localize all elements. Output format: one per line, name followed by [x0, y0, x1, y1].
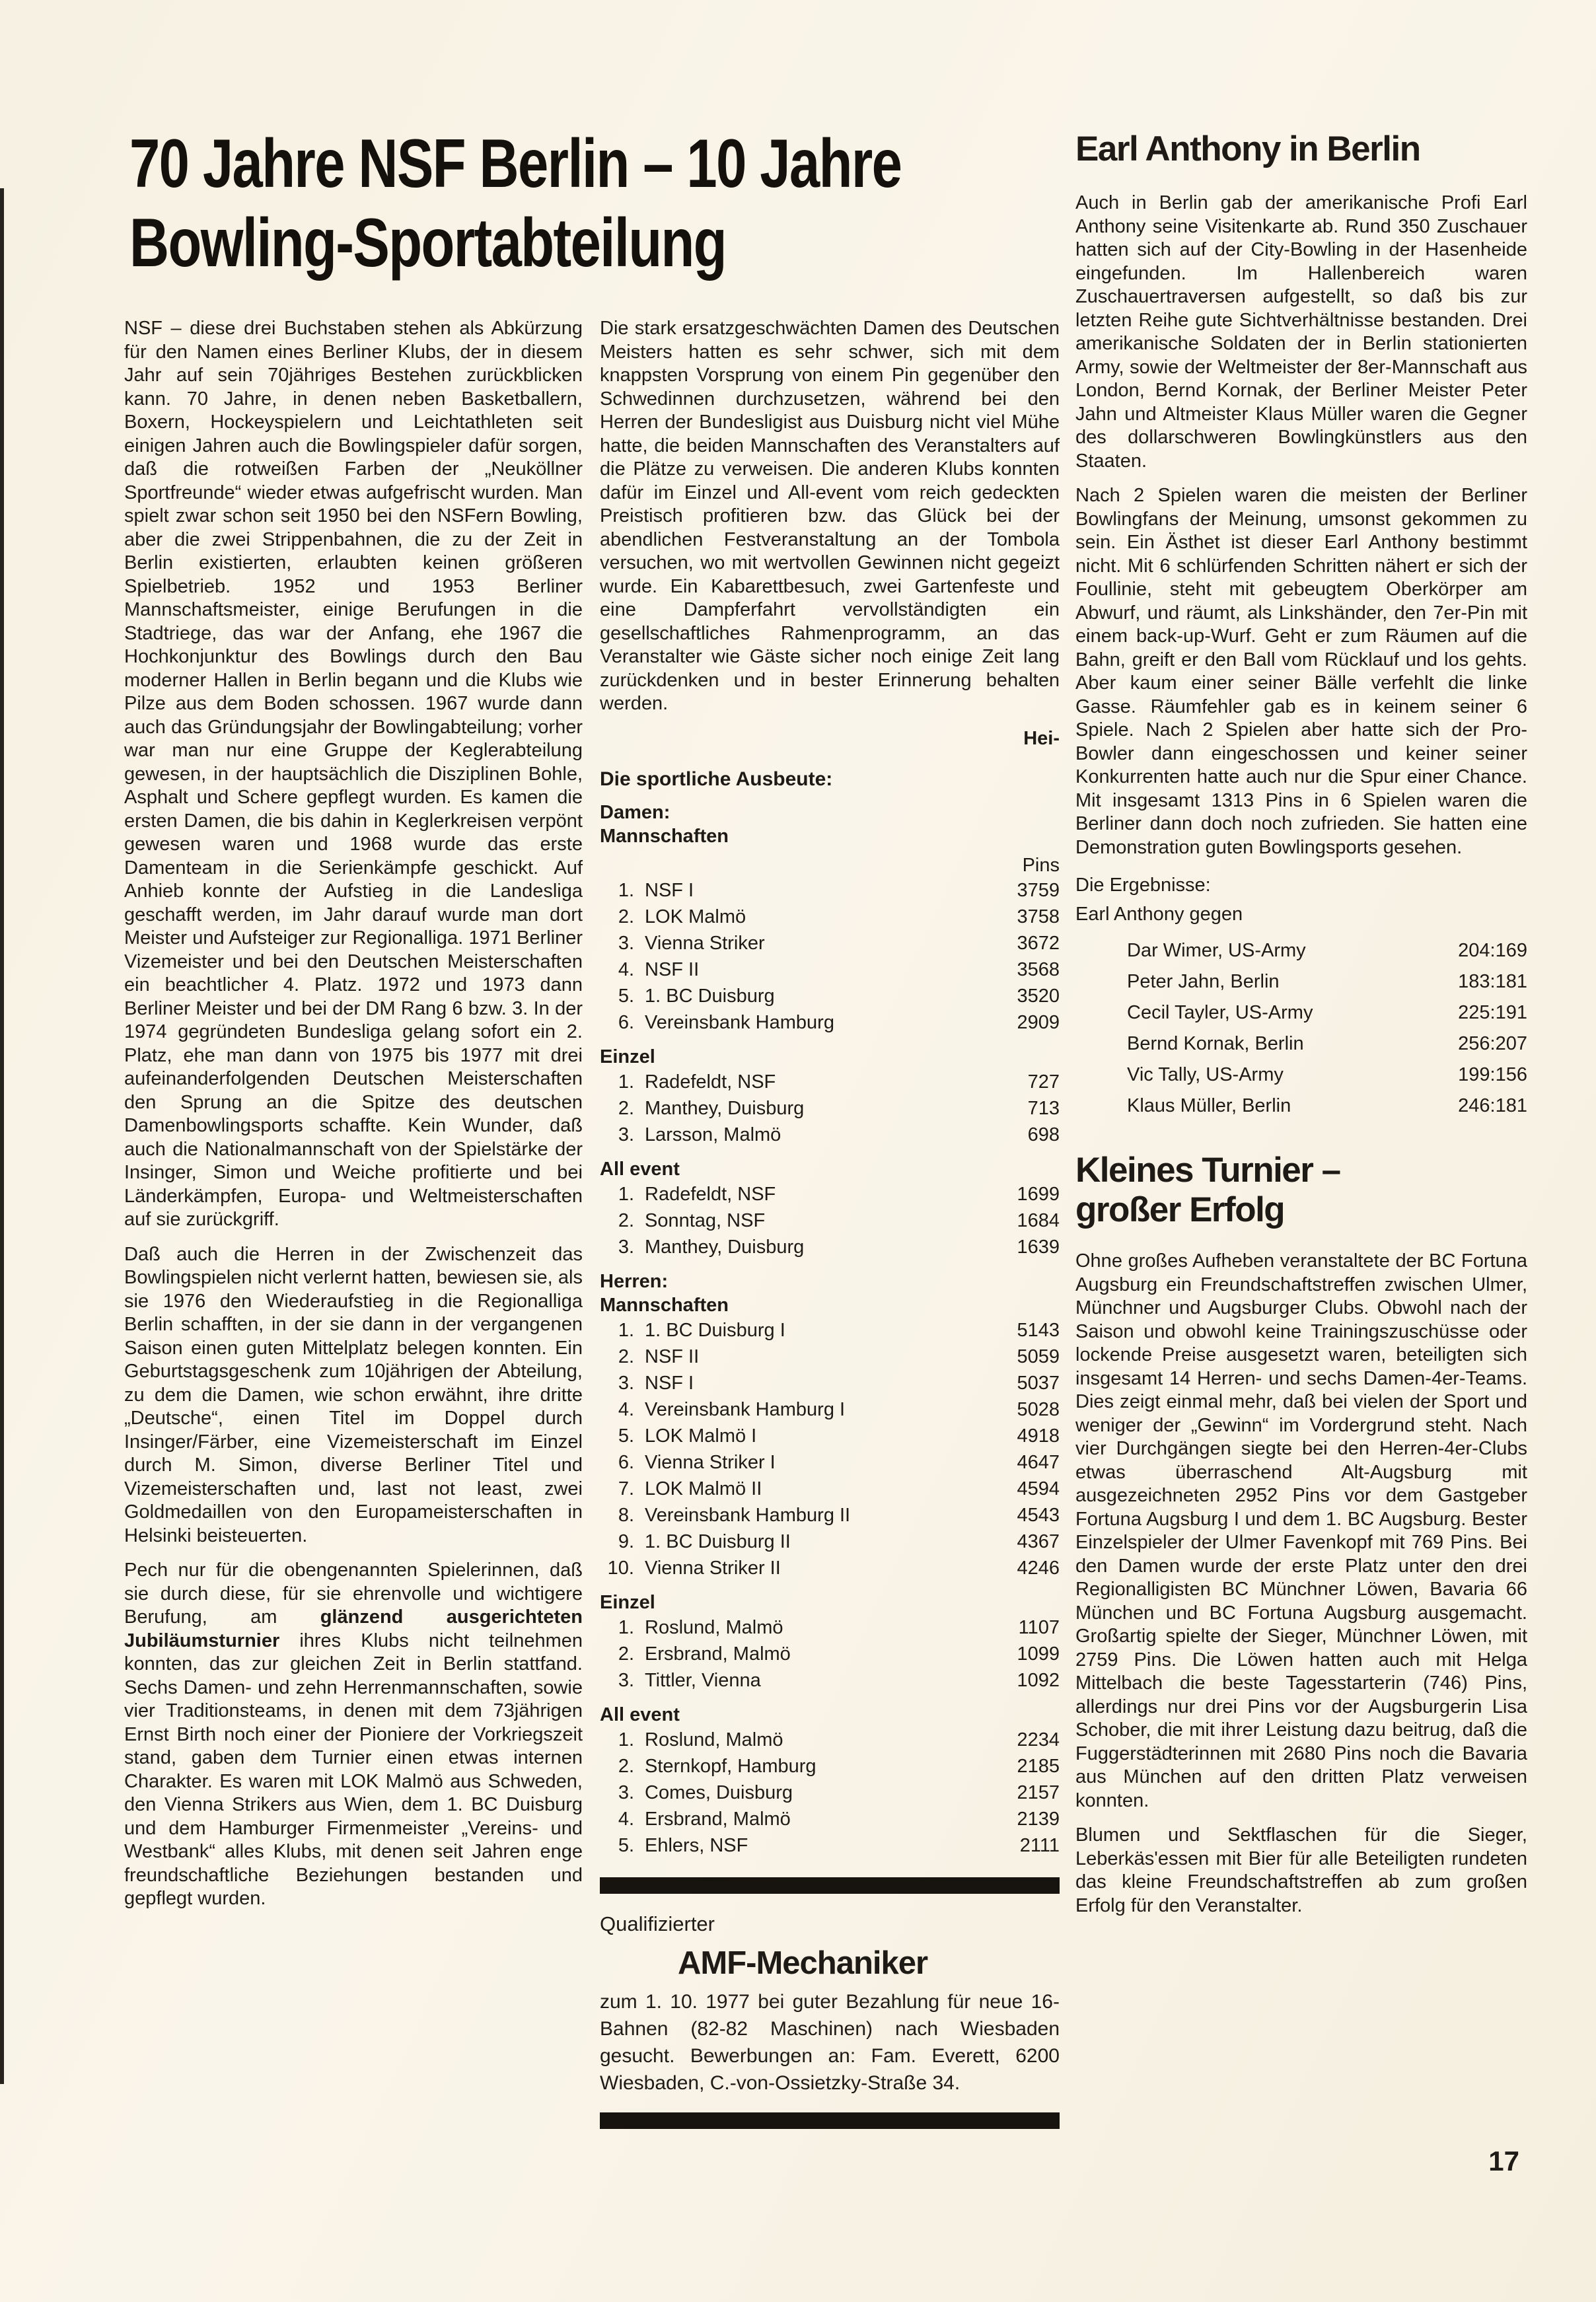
rank-cell: 3. — [600, 1370, 634, 1396]
result-score: 256:207 — [1458, 1028, 1527, 1060]
table-row: 3.NSF I5037 — [600, 1370, 1060, 1396]
result-row: Dar Wimer, US-Army204:169 — [1075, 935, 1527, 966]
rank-cell: 1. — [600, 1181, 634, 1207]
table-row: 3.Vienna Striker3672 — [600, 930, 1060, 956]
divider-bar-bottom — [600, 2112, 1060, 2129]
heading-line2: großer Erfolg — [1075, 1190, 1527, 1230]
section-label-mannschaften: Mannschaften — [600, 824, 1060, 848]
result-row: Bernd Kornak, Berlin256:207 — [1075, 1028, 1527, 1060]
table-row: 4.Ersbrand, Malmö2139 — [600, 1806, 1060, 1832]
column-middle: Die stark ersatzgeschwächten Damen des D… — [600, 317, 1060, 2129]
result-name: Klaus Müller, Berlin — [1127, 1091, 1458, 1122]
pins-cell: 698 — [980, 1122, 1060, 1148]
article-heading-earl-anthony: Earl Anthony in Berlin — [1075, 129, 1527, 169]
heading-line1: Kleines Turnier – — [1075, 1151, 1527, 1190]
name-cell: Sonntag, NSF — [634, 1207, 980, 1234]
rank-cell: 2. — [600, 1753, 634, 1780]
name-cell: Tittler, Vienna — [634, 1667, 980, 1694]
result-row: Peter Jahn, Berlin183:181 — [1075, 966, 1527, 997]
pins-cell: 1092 — [980, 1667, 1060, 1694]
pins-cell: 2185 — [980, 1753, 1060, 1780]
body-paragraph: Blumen und Sektflaschen für die Sieger, … — [1075, 1824, 1527, 1918]
pins-cell: 1099 — [980, 1641, 1060, 1667]
rank-cell: 2. — [600, 1095, 634, 1122]
section-label-damen: Damen: — [600, 801, 1060, 824]
pins-cell: 2111 — [980, 1832, 1060, 1859]
result-score: 204:169 — [1458, 935, 1527, 966]
table-row: 7.LOK Malmö II4594 — [600, 1476, 1060, 1502]
table-row: 1.Radefeldt, NSF727 — [600, 1069, 1060, 1095]
table-row: 3.Comes, Duisburg2157 — [600, 1780, 1060, 1806]
result-name: Dar Wimer, US-Army — [1127, 935, 1458, 966]
page-title-line2: Bowling-Sportabteilung — [129, 203, 901, 283]
pins-cell: 2157 — [980, 1780, 1060, 1806]
pins-cell: 3520 — [980, 983, 1060, 1009]
table-row: 6.Vereinsbank Hamburg2909 — [600, 1009, 1060, 1036]
table-row: 2.Ersbrand, Malmö1099 — [600, 1641, 1060, 1667]
pins-cell: 2909 — [980, 1009, 1060, 1036]
pins-cell: 4918 — [980, 1423, 1060, 1449]
table-row: 1.Roslund, Malmö1107 — [600, 1614, 1060, 1641]
table-row: 2.Manthey, Duisburg713 — [600, 1095, 1060, 1122]
page-number: 17 — [1488, 2145, 1519, 2177]
name-cell: Ersbrand, Malmö — [634, 1641, 980, 1667]
rank-cell: 2. — [600, 1641, 634, 1667]
pins-cell: 4647 — [980, 1449, 1060, 1476]
rank-cell: 6. — [600, 1009, 634, 1036]
pins-cell: 5059 — [980, 1344, 1060, 1370]
table-row: 9.1. BC Duisburg II4367 — [600, 1529, 1060, 1555]
rank-cell: 9. — [600, 1529, 634, 1555]
pins-cell: 3568 — [980, 956, 1060, 983]
rank-cell: 1. — [600, 1069, 634, 1095]
name-cell: Vereinsbank Hamburg II — [634, 1502, 980, 1529]
column-left: NSF – diese drei Buchstaben stehen als A… — [124, 317, 583, 1922]
name-cell: Larsson, Malmö — [634, 1122, 980, 1148]
rank-cell: 5. — [600, 1423, 634, 1449]
name-cell: Vienna Striker II — [634, 1555, 980, 1581]
name-cell: Radefeldt, NSF — [634, 1181, 980, 1207]
scan-edge-line — [0, 188, 4, 2084]
result-score: 225:191 — [1458, 997, 1527, 1028]
rank-cell: 3. — [600, 1780, 634, 1806]
section-label-mannschaften: Mannschaften — [600, 1293, 1060, 1317]
divider-bar-top — [600, 1877, 1060, 1894]
name-cell: 1. BC Duisburg I — [634, 1317, 980, 1344]
table-row: 1.Roslund, Malmö2234 — [600, 1727, 1060, 1753]
name-cell: Radefeldt, NSF — [634, 1069, 980, 1095]
name-cell: Vereinsbank Hamburg I — [634, 1396, 980, 1423]
name-cell: 1. BC Duisburg II — [634, 1529, 980, 1555]
table-row: 3.Manthey, Duisburg1639 — [600, 1234, 1060, 1260]
page-title: 70 Jahre NSF Berlin – 10 Jahre Bowling-S… — [129, 124, 901, 283]
byline: Hei- — [600, 727, 1060, 751]
name-cell: Ehlers, NSF — [634, 1832, 980, 1859]
column-right: Earl Anthony in Berlin Auch in Berlin ga… — [1075, 129, 1527, 1929]
name-cell: NSF I — [634, 877, 980, 904]
name-cell: Ersbrand, Malmö — [634, 1806, 980, 1832]
result-score: 246:181 — [1458, 1091, 1527, 1122]
rank-cell: 3. — [600, 1122, 634, 1148]
rank-cell: 3. — [600, 1667, 634, 1694]
pins-cell: 1639 — [980, 1234, 1060, 1260]
rank-cell: 2. — [600, 1344, 634, 1370]
name-cell: Roslund, Malmö — [634, 1614, 980, 1641]
pins-cell: 3672 — [980, 930, 1060, 956]
body-paragraph: Daß auch die Herren in der Zwischenzeit … — [124, 1243, 583, 1548]
table-row: 3.Tittler, Vienna1092 — [600, 1667, 1060, 1694]
table-row: 5.Ehlers, NSF2111 — [600, 1832, 1060, 1859]
pins-cell: 1107 — [980, 1614, 1060, 1641]
result-name: Cecil Tayler, US-Army — [1127, 997, 1458, 1028]
name-cell: Vienna Striker I — [634, 1449, 980, 1476]
rank-cell: 3. — [600, 930, 634, 956]
pins-cell: 5143 — [980, 1317, 1060, 1344]
name-cell: Comes, Duisburg — [634, 1780, 980, 1806]
rank-cell: 6. — [600, 1449, 634, 1476]
pins-column-header: Pins — [600, 853, 1060, 877]
rank-cell: 8. — [600, 1502, 634, 1529]
table-row: 5.LOK Malmö I4918 — [600, 1423, 1060, 1449]
name-cell: LOK Malmö — [634, 904, 980, 930]
name-cell: NSF II — [634, 1344, 980, 1370]
rank-cell: 3. — [600, 1234, 634, 1260]
rank-cell: 2. — [600, 1207, 634, 1234]
table-row: 1.1. BC Duisburg I5143 — [600, 1317, 1060, 1344]
pins-cell: 5037 — [980, 1370, 1060, 1396]
ad-title: AMF-Mechaniker — [678, 1952, 1060, 1976]
section-label-all-event: All event — [600, 1703, 1060, 1727]
table-row: 4.Vereinsbank Hamburg I5028 — [600, 1396, 1060, 1423]
pins-cell: 3758 — [980, 904, 1060, 930]
name-cell: NSF I — [634, 1370, 980, 1396]
rank-cell: 1. — [600, 1614, 634, 1641]
name-cell: Manthey, Duisburg — [634, 1095, 980, 1122]
section-label-einzel: Einzel — [600, 1591, 1060, 1614]
paragraph-text: ihres Klubs nicht teilnehmen konnten, da… — [124, 1630, 583, 1910]
pins-cell: 713 — [980, 1095, 1060, 1122]
body-paragraph: Die stark ersatzgeschwächten Damen des D… — [600, 317, 1060, 716]
result-score: 199:156 — [1458, 1060, 1527, 1091]
name-cell: Vereinsbank Hamburg — [634, 1009, 980, 1036]
magazine-page: 70 Jahre NSF Berlin – 10 Jahre Bowling-S… — [0, 0, 1596, 2302]
body-paragraph: Nach 2 Spielen waren die meisten der Ber… — [1075, 484, 1527, 859]
table-row: 2.LOK Malmö3758 — [600, 904, 1060, 930]
table-row: 2.Sonntag, NSF1684 — [600, 1207, 1060, 1234]
table-row: 10.Vienna Striker II4246 — [600, 1555, 1060, 1581]
rank-cell: 5. — [600, 983, 634, 1009]
result-row: Klaus Müller, Berlin246:181 — [1075, 1091, 1527, 1122]
pins-cell: 4594 — [980, 1476, 1060, 1502]
body-paragraph: NSF – diese drei Buchstaben stehen als A… — [124, 317, 583, 1232]
rank-cell: 4. — [600, 956, 634, 983]
name-cell: Vienna Striker — [634, 930, 980, 956]
rank-cell: 1. — [600, 1317, 634, 1344]
section-label-all-event: All event — [600, 1157, 1060, 1181]
body-paragraph: Pech nur für die obengenannten Spielerin… — [124, 1559, 583, 1911]
rank-cell: 4. — [600, 1806, 634, 1832]
results-heading: Die Ergebnisse: — [1075, 871, 1527, 900]
result-name: Vic Tally, US-Army — [1127, 1060, 1458, 1091]
pins-cell: 1699 — [980, 1181, 1060, 1207]
name-cell: LOK Malmö I — [634, 1423, 980, 1449]
pins-cell: 5028 — [980, 1396, 1060, 1423]
name-cell: Manthey, Duisburg — [634, 1234, 980, 1260]
name-cell: Sternkopf, Hamburg — [634, 1753, 980, 1780]
ad-kicker: Qualifizierter — [600, 1911, 1060, 1937]
rank-cell: 5. — [600, 1832, 634, 1859]
result-name: Bernd Kornak, Berlin — [1127, 1028, 1458, 1060]
pins-cell: 3759 — [980, 877, 1060, 904]
rank-cell: 1. — [600, 877, 634, 904]
pins-cell: 4367 — [980, 1529, 1060, 1555]
rank-cell: 10. — [600, 1555, 634, 1581]
name-cell: 1. BC Duisburg — [634, 983, 980, 1009]
rank-cell: 1. — [600, 1727, 634, 1753]
result-name: Peter Jahn, Berlin — [1127, 966, 1458, 997]
pins-cell: 727 — [980, 1069, 1060, 1095]
results-intro: Earl Anthony gegen — [1075, 900, 1527, 929]
rank-cell: 2. — [600, 904, 634, 930]
name-cell: NSF II — [634, 956, 980, 983]
body-paragraph: Ohne großes Aufheben veranstaltete der B… — [1075, 1250, 1527, 1813]
table-row: 2.Sternkopf, Hamburg2185 — [600, 1753, 1060, 1780]
rank-cell: 7. — [600, 1476, 634, 1502]
name-cell: Roslund, Malmö — [634, 1727, 980, 1753]
pins-cell: 2139 — [980, 1806, 1060, 1832]
article-heading-kleines-turnier: Kleines Turnier – großer Erfolg — [1075, 1151, 1527, 1230]
pins-cell: 4246 — [980, 1555, 1060, 1581]
table-row: 2.NSF II5059 — [600, 1344, 1060, 1370]
section-label-einzel: Einzel — [600, 1045, 1060, 1069]
pins-cell: 1684 — [980, 1207, 1060, 1234]
table-row: 8.Vereinsbank Hamburg II4543 — [600, 1502, 1060, 1529]
result-score: 183:181 — [1458, 966, 1527, 997]
scoreboard-heading: Die sportliche Ausbeute: — [600, 768, 1060, 791]
section-label-herren: Herren: — [600, 1270, 1060, 1293]
result-row: Vic Tally, US-Army199:156 — [1075, 1060, 1527, 1091]
rank-cell: 4. — [600, 1396, 634, 1423]
body-paragraph: Auch in Berlin gab der amerikanische Pro… — [1075, 192, 1527, 473]
table-row: 1.Radefeldt, NSF1699 — [600, 1181, 1060, 1207]
result-row: Cecil Tayler, US-Army225:191 — [1075, 997, 1527, 1028]
page-title-line1: 70 Jahre NSF Berlin – 10 Jahre — [129, 124, 901, 203]
table-row: 3.Larsson, Malmö698 — [600, 1122, 1060, 1148]
table-row: 1.NSF I3759 — [600, 877, 1060, 904]
table-row: 4.NSF II3568 — [600, 956, 1060, 983]
ad-body: zum 1. 10. 1977 bei guter Bezahlung für … — [600, 1988, 1060, 2097]
table-row: 5.1. BC Duisburg3520 — [600, 983, 1060, 1009]
name-cell: LOK Malmö II — [634, 1476, 980, 1502]
table-row: 6.Vienna Striker I4647 — [600, 1449, 1060, 1476]
pins-cell: 2234 — [980, 1727, 1060, 1753]
pins-cell: 4543 — [980, 1502, 1060, 1529]
